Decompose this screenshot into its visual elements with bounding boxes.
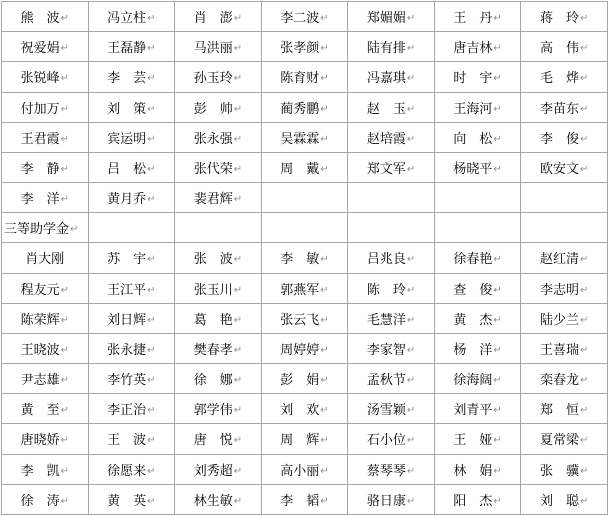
- name-cell[interactable]: 林 娟↵: [434, 454, 521, 484]
- table-row: 三等助学金↵: [2, 213, 608, 243]
- student-name: 欧安文: [540, 162, 579, 177]
- name-cell[interactable]: 彭 娟↵: [261, 364, 348, 394]
- name-cell[interactable]: 吕兆良↵: [348, 243, 435, 273]
- paragraph-return-icon: ↵: [234, 13, 242, 24]
- paragraph-return-icon: ↵: [147, 466, 155, 477]
- paragraph-return-icon: ↵: [61, 345, 69, 356]
- name-cell[interactable]: 蒋 玲↵: [521, 2, 608, 32]
- paragraph-return-icon: ↵: [493, 13, 501, 24]
- name-cell[interactable]: 高小丽↵: [261, 454, 348, 484]
- empty-cell[interactable]: [521, 183, 608, 213]
- paragraph-return-icon: ↵: [407, 13, 415, 24]
- name-cell[interactable]: 赵培霞↵: [348, 122, 435, 152]
- paragraph-return-icon: ↵: [407, 285, 415, 296]
- name-cell[interactable]: 王江平↵: [88, 273, 175, 303]
- name-cell[interactable]: 李 韬↵: [261, 484, 348, 514]
- paragraph-return-icon: ↵: [580, 315, 588, 326]
- name-cell[interactable]: 冯立柱↵: [88, 2, 175, 32]
- name-cell[interactable]: 周 辉↵: [261, 424, 348, 454]
- student-name: 裴君辉: [194, 192, 233, 207]
- table-row: 王晓波↵张永捷↵樊春孝↵周婷婷↵李家智↵杨 洋↵王喜瑞↵: [2, 333, 608, 363]
- name-cell[interactable]: 李正治↵: [88, 394, 175, 424]
- name-cell[interactable]: 王君霞↵: [2, 122, 89, 152]
- paragraph-return-icon: ↵: [407, 254, 415, 265]
- student-name: 刘秀超: [194, 464, 233, 479]
- student-name: 孙玉玲: [194, 71, 233, 86]
- student-name: 刘青平: [453, 403, 492, 418]
- paragraph-return-icon: ↵: [493, 134, 501, 145]
- paragraph-return-icon: ↵: [320, 104, 328, 115]
- empty-cell[interactable]: [348, 213, 435, 243]
- student-name: 黄 至: [21, 403, 60, 418]
- name-cell[interactable]: 夏常梁↵: [521, 424, 608, 454]
- paragraph-return-icon: ↵: [407, 73, 415, 84]
- name-cell[interactable]: 张代荣↵: [175, 152, 262, 182]
- student-name: 肖 澎: [194, 11, 233, 26]
- name-cell[interactable]: 唐晓娇↵: [2, 424, 89, 454]
- student-name: 李 静: [21, 162, 60, 177]
- paragraph-return-icon: ↵: [320, 13, 328, 24]
- student-name: 冯立柱: [107, 11, 146, 26]
- paragraph-return-icon: ↵: [147, 496, 155, 507]
- name-cell[interactable]: 李 静↵: [2, 152, 89, 182]
- student-name: 李 芸: [107, 71, 146, 86]
- paragraph-return-icon: ↵: [61, 194, 69, 205]
- paragraph-return-icon: ↵: [61, 466, 69, 477]
- name-cell[interactable]: 李 凯↵: [2, 454, 89, 484]
- student-name: 张 骥: [540, 464, 579, 479]
- name-cell[interactable]: 杨晓平↵: [434, 152, 521, 182]
- student-name: 张 波: [194, 252, 233, 267]
- paragraph-return-icon: ↵: [580, 254, 588, 265]
- name-cell[interactable]: 李家智↵: [348, 333, 435, 363]
- student-name: 黄 英: [107, 494, 146, 509]
- student-name: 宾运明: [107, 132, 146, 147]
- name-cell[interactable]: 孙玉玲↵: [175, 62, 262, 92]
- name-cell[interactable]: 张云飞↵: [261, 303, 348, 333]
- paragraph-return-icon: ↵: [407, 405, 415, 416]
- table-row: 徐 涛↵黄 英↵林生敏↵李 韬↵骆日康↵阳 杰↵刘 聪↵: [2, 484, 608, 514]
- name-cell[interactable]: 蔺秀鹏↵: [261, 92, 348, 122]
- table-row: 程友元↵王江平↵张玉川↵郭燕军↵陈 玲↵查 俊↵李志明↵: [2, 273, 608, 303]
- paragraph-return-icon: ↵: [234, 405, 242, 416]
- name-cell[interactable]: 宾运明↵: [88, 122, 175, 152]
- name-cell[interactable]: 马洪丽↵: [175, 32, 262, 62]
- table-row: 李 静↵吕 松↵张代荣↵周 戴↵郑文军↵杨晓平↵欧安文↵: [2, 152, 608, 182]
- name-cell[interactable]: 阳 杰↵: [434, 484, 521, 514]
- paragraph-return-icon: ↵: [61, 73, 69, 84]
- name-cell[interactable]: 郑文军↵: [348, 152, 435, 182]
- student-name: 李 俊: [540, 132, 579, 147]
- paragraph-return-icon: ↵: [493, 345, 501, 356]
- name-cell[interactable]: 徐春艳↵: [434, 243, 521, 273]
- paragraph-return-icon: ↵: [580, 435, 588, 446]
- name-cell[interactable]: 周婷婷↵: [261, 333, 348, 363]
- name-cell[interactable]: 毛慧洋↵: [348, 303, 435, 333]
- paragraph-return-icon: ↵: [320, 435, 328, 446]
- paragraph-return-icon: ↵: [580, 345, 588, 356]
- paragraph-return-icon: ↵: [493, 375, 501, 386]
- name-cell[interactable]: 郭学伟↵: [175, 394, 262, 424]
- student-name: 李二波: [280, 11, 319, 26]
- name-cell[interactable]: 李二波↵: [261, 2, 348, 32]
- student-name: 郭学伟: [194, 403, 233, 418]
- student-name: 孟秋节: [367, 373, 406, 388]
- name-cell[interactable]: 王喜瑞↵: [521, 333, 608, 363]
- name-cell[interactable]: 刘青平↵: [434, 394, 521, 424]
- name-cell[interactable]: 林生敏↵: [175, 484, 262, 514]
- name-cell[interactable]: 向 松↵: [434, 122, 521, 152]
- name-cell[interactable]: 王晓波↵: [2, 333, 89, 363]
- paragraph-return-icon: ↵: [234, 43, 242, 54]
- name-cell[interactable]: 唐 悦↵: [175, 424, 262, 454]
- paragraph-return-icon: ↵: [407, 315, 415, 326]
- name-cell[interactable]: 唐吉林↵: [434, 32, 521, 62]
- empty-cell[interactable]: [175, 213, 262, 243]
- paragraph-return-icon: ↵: [493, 285, 501, 296]
- name-cell[interactable]: 李竹英↵: [88, 364, 175, 394]
- name-cell[interactable]: 栾春龙↵: [521, 364, 608, 394]
- student-name: 尹志雄: [21, 373, 60, 388]
- student-name: 蔺秀鹏: [280, 102, 319, 117]
- name-cell[interactable]: 徐 娜↵: [175, 364, 262, 394]
- student-name: 周 戴: [280, 162, 319, 177]
- table-row: 肖大刚苏 宇↵张 波↵李 敏↵吕兆良↵徐春艳↵赵红清↵: [2, 243, 608, 273]
- student-name: 葛 艳: [194, 313, 233, 328]
- paragraph-return-icon: ↵: [147, 254, 155, 265]
- student-name: 王江平: [107, 283, 146, 298]
- name-cell[interactable]: 李志明↵: [521, 273, 608, 303]
- name-cell[interactable]: 黄月乔↵: [88, 183, 175, 213]
- paragraph-return-icon: ↵: [234, 104, 242, 115]
- student-name: 徐 涛: [21, 494, 60, 509]
- name-cell[interactable]: 骆日康↵: [348, 484, 435, 514]
- name-cell[interactable]: 时 宇↵: [434, 62, 521, 92]
- name-cell[interactable]: 王 丹↵: [434, 2, 521, 32]
- paragraph-return-icon: ↵: [147, 13, 155, 24]
- paragraph-return-icon: ↵: [147, 285, 155, 296]
- student-name: 祝爱娟: [21, 41, 60, 56]
- student-name: 王 娅: [453, 433, 492, 448]
- paragraph-return-icon: ↵: [70, 224, 78, 235]
- name-cell[interactable]: 孟秋节↵: [348, 364, 435, 394]
- name-cell[interactable]: 张永捷↵: [88, 333, 175, 363]
- name-cell[interactable]: 刘 欢↵: [261, 394, 348, 424]
- paragraph-return-icon: ↵: [493, 315, 501, 326]
- paragraph-return-icon: ↵: [61, 104, 69, 115]
- paragraph-return-icon: ↵: [493, 254, 501, 265]
- student-name: 郑媚媚: [367, 11, 406, 26]
- student-name: 杨 洋: [453, 343, 492, 358]
- paragraph-return-icon: ↵: [61, 164, 69, 175]
- paragraph-return-icon: ↵: [234, 435, 242, 446]
- student-name: 黄 杰: [453, 313, 492, 328]
- name-cell[interactable]: 肖大刚: [2, 243, 89, 273]
- paragraph-return-icon: ↵: [407, 466, 415, 477]
- name-cell[interactable]: 查 俊↵: [434, 273, 521, 303]
- name-cell[interactable]: 高 伟↵: [521, 32, 608, 62]
- student-name: 李 韬: [280, 494, 319, 509]
- name-cell[interactable]: 张锐峰↵: [2, 62, 89, 92]
- student-name: 周婷婷: [280, 343, 319, 358]
- paragraph-return-icon: ↵: [147, 104, 155, 115]
- student-name: 毛慧洋: [367, 313, 406, 328]
- paragraph-return-icon: ↵: [61, 375, 69, 386]
- student-name: 张云飞: [280, 313, 319, 328]
- table-row: 李 凯↵徐愿来↵刘秀超↵高小丽↵蔡琴琴↵林 娟↵张 骥↵: [2, 454, 608, 484]
- paragraph-return-icon: ↵: [580, 375, 588, 386]
- student-name: 刘 策: [107, 102, 146, 117]
- empty-cell[interactable]: [88, 213, 175, 243]
- paragraph-return-icon: ↵: [234, 466, 242, 477]
- table-row: 尹志雄↵李竹英↵徐 娜↵彭 娟↵孟秋节↵徐海阔↵栾春龙↵: [2, 364, 608, 394]
- paragraph-return-icon: ↵: [493, 73, 501, 84]
- name-cell[interactable]: 肖 澎↵: [175, 2, 262, 32]
- student-name: 汤雪颖: [367, 403, 406, 418]
- name-cell[interactable]: 刘日辉↵: [88, 303, 175, 333]
- name-cell[interactable]: 郑媚媚↵: [348, 2, 435, 32]
- paragraph-return-icon: ↵: [147, 405, 155, 416]
- student-name: 吕兆良: [367, 252, 406, 267]
- paragraph-return-icon: ↵: [580, 134, 588, 145]
- paragraph-return-icon: ↵: [493, 435, 501, 446]
- name-cell[interactable]: 吕 松↵: [88, 152, 175, 182]
- empty-cell[interactable]: [434, 213, 521, 243]
- paragraph-return-icon: ↵: [407, 435, 415, 446]
- name-cell[interactable]: 彭 帅↵: [175, 92, 262, 122]
- student-name: 冯嘉琪: [367, 71, 406, 86]
- name-cell[interactable]: 程友元↵: [2, 273, 89, 303]
- paragraph-return-icon: ↵: [493, 43, 501, 54]
- student-name: 石小位: [367, 433, 406, 448]
- paragraph-return-icon: ↵: [147, 134, 155, 145]
- table-row: 熊 波↵冯立柱↵肖 澎↵李二波↵郑媚媚↵王 丹↵蒋 玲↵: [2, 2, 608, 32]
- section-header-label: 三等助学金: [4, 222, 69, 237]
- empty-cell[interactable]: [434, 183, 521, 213]
- paragraph-return-icon: ↵: [320, 164, 328, 175]
- paragraph-return-icon: ↵: [580, 164, 588, 175]
- name-cell[interactable]: 陈育财↵: [261, 62, 348, 92]
- empty-cell[interactable]: [521, 213, 608, 243]
- table-row: 黄 至↵李正治↵郭学伟↵刘 欢↵汤雪颖↵刘青平↵郑 恒↵: [2, 394, 608, 424]
- name-cell[interactable]: 石小位↵: [348, 424, 435, 454]
- paragraph-return-icon: ↵: [61, 13, 69, 24]
- document-page: 熊 波↵冯立柱↵肖 澎↵李二波↵郑媚媚↵王 丹↵蒋 玲↵祝爱娟↵王磊静↵马洪丽↵…: [0, 0, 611, 516]
- student-name: 王磊静: [107, 41, 146, 56]
- paragraph-return-icon: ↵: [320, 43, 328, 54]
- name-cell[interactable]: 葛 艳↵: [175, 303, 262, 333]
- name-cell[interactable]: 蔡琴琴↵: [348, 454, 435, 484]
- paragraph-return-icon: ↵: [580, 43, 588, 54]
- name-cell[interactable]: 王海河↵: [434, 92, 521, 122]
- paragraph-return-icon: ↵: [580, 466, 588, 477]
- name-cell[interactable]: 张 波↵: [175, 243, 262, 273]
- student-name: 骆日康: [367, 494, 406, 509]
- name-cell[interactable]: 王 波↵: [88, 424, 175, 454]
- paragraph-return-icon: ↵: [147, 43, 155, 54]
- student-name: 查 俊: [453, 283, 492, 298]
- paragraph-return-icon: ↵: [407, 375, 415, 386]
- student-name: 赵 玉: [367, 102, 406, 117]
- student-name: 唐 悦: [194, 433, 233, 448]
- student-name: 唐晓娇: [21, 433, 60, 448]
- name-cell[interactable]: 王 娅↵: [434, 424, 521, 454]
- name-cell[interactable]: 熊 波↵: [2, 2, 89, 32]
- paragraph-return-icon: ↵: [147, 315, 155, 326]
- name-cell[interactable]: 李 俊↵: [521, 122, 608, 152]
- student-name: 张永强: [194, 132, 233, 147]
- name-cell[interactable]: 刘 策↵: [88, 92, 175, 122]
- paragraph-return-icon: ↵: [61, 285, 69, 296]
- student-name: 郑 恒: [540, 403, 579, 418]
- table-row: 付加万↵刘 策↵彭 帅↵蔺秀鹏↵赵 玉↵王海河↵李苗东↵: [2, 92, 608, 122]
- name-cell[interactable]: 祝爱娟↵: [2, 32, 89, 62]
- student-name: 周 辉: [280, 433, 319, 448]
- student-name: 毛 烨: [540, 71, 579, 86]
- student-name: 吕 松: [107, 162, 146, 177]
- empty-cell[interactable]: [261, 183, 348, 213]
- student-name: 高 伟: [540, 41, 579, 56]
- name-cell[interactable]: 杨 洋↵: [434, 333, 521, 363]
- name-cell[interactable]: 徐愿来↵: [88, 454, 175, 484]
- student-name: 林 娟: [453, 464, 492, 479]
- paragraph-return-icon: ↵: [580, 285, 588, 296]
- student-name: 杨晓平: [453, 162, 492, 177]
- student-name: 熊 波: [21, 11, 60, 26]
- name-cell[interactable]: 徐海阔↵: [434, 364, 521, 394]
- paragraph-return-icon: ↵: [61, 315, 69, 326]
- student-name: 郑文军: [367, 162, 406, 177]
- paragraph-return-icon: ↵: [407, 345, 415, 356]
- paragraph-return-icon: ↵: [147, 164, 155, 175]
- name-cell[interactable]: 黄 英↵: [88, 484, 175, 514]
- name-cell[interactable]: 陈 玲↵: [348, 273, 435, 303]
- name-cell[interactable]: 张孝颜↵: [261, 32, 348, 62]
- paragraph-return-icon: ↵: [61, 496, 69, 507]
- paragraph-return-icon: ↵: [234, 285, 242, 296]
- paragraph-return-icon: ↵: [234, 254, 242, 265]
- student-name: 刘 聪: [540, 494, 579, 509]
- student-name: 彭 娟: [280, 373, 319, 388]
- paragraph-return-icon: ↵: [407, 43, 415, 54]
- empty-cell[interactable]: [348, 183, 435, 213]
- name-cell[interactable]: 毛 烨↵: [521, 62, 608, 92]
- name-cell[interactable]: 冯嘉琪↵: [348, 62, 435, 92]
- name-cell[interactable]: 李 敏↵: [261, 243, 348, 273]
- name-cell[interactable]: 裴君辉↵: [175, 183, 262, 213]
- name-cell[interactable]: 刘 聪↵: [521, 484, 608, 514]
- paragraph-return-icon: ↵: [580, 496, 588, 507]
- student-name: 时 宇: [453, 71, 492, 86]
- name-cell[interactable]: 赵 玉↵: [348, 92, 435, 122]
- paragraph-return-icon: ↵: [61, 43, 69, 54]
- paragraph-return-icon: ↵: [234, 73, 242, 84]
- paragraph-return-icon: ↵: [407, 104, 415, 115]
- student-name: 张代荣: [194, 162, 233, 177]
- name-cell[interactable]: 陆少兰↵: [521, 303, 608, 333]
- paragraph-return-icon: ↵: [234, 345, 242, 356]
- student-name: 阳 杰: [453, 494, 492, 509]
- paragraph-return-icon: ↵: [493, 164, 501, 175]
- name-cell[interactable]: 樊春孝↵: [175, 333, 262, 363]
- name-cell[interactable]: 陆有排↵: [348, 32, 435, 62]
- name-cell[interactable]: 张玉川↵: [175, 273, 262, 303]
- name-cell[interactable]: 黄 至↵: [2, 394, 89, 424]
- paragraph-return-icon: ↵: [580, 73, 588, 84]
- paragraph-return-icon: ↵: [234, 134, 242, 145]
- student-name: 李家智: [367, 343, 406, 358]
- student-name: 李正治: [107, 403, 146, 418]
- paragraph-return-icon: ↵: [147, 345, 155, 356]
- section-header-cell[interactable]: 三等助学金↵: [2, 213, 89, 243]
- name-cell[interactable]: 张 骥↵: [521, 454, 608, 484]
- student-name: 苏 宇: [107, 252, 146, 267]
- name-cell[interactable]: 李苗东↵: [521, 92, 608, 122]
- student-name: 王君霞: [21, 132, 60, 147]
- name-cell[interactable]: 徐 涛↵: [2, 484, 89, 514]
- name-cell[interactable]: 黄 杰↵: [434, 303, 521, 333]
- table-row: 陈荣辉↵刘日辉↵葛 艳↵张云飞↵毛慧洋↵黄 杰↵陆少兰↵: [2, 303, 608, 333]
- student-name: 陆少兰: [540, 313, 579, 328]
- student-name: 马洪丽: [194, 41, 233, 56]
- student-name: 刘日辉: [107, 313, 146, 328]
- student-name: 彭 帅: [194, 102, 233, 117]
- name-cell[interactable]: 周 戴↵: [261, 152, 348, 182]
- student-name: 徐愿来: [107, 464, 146, 479]
- name-cell[interactable]: 欧安文↵: [521, 152, 608, 182]
- name-cell[interactable]: 刘秀超↵: [175, 454, 262, 484]
- empty-cell[interactable]: [261, 213, 348, 243]
- name-cell[interactable]: 王磊静↵: [88, 32, 175, 62]
- student-name: 张锐峰: [21, 71, 60, 86]
- paragraph-return-icon: ↵: [407, 134, 415, 145]
- student-name: 夏常梁: [540, 433, 579, 448]
- paragraph-return-icon: ↵: [61, 405, 69, 416]
- name-cell[interactable]: 汤雪颖↵: [348, 394, 435, 424]
- name-cell[interactable]: 郭燕军↵: [261, 273, 348, 303]
- name-cell[interactable]: 苏 宇↵: [88, 243, 175, 273]
- name-cell[interactable]: 陈荣辉↵: [2, 303, 89, 333]
- student-name: 王海河: [453, 102, 492, 117]
- student-name: 徐海阔: [453, 373, 492, 388]
- name-cell[interactable]: 郑 恒↵: [521, 394, 608, 424]
- student-name: 唐吉林: [453, 41, 492, 56]
- paragraph-return-icon: ↵: [407, 164, 415, 175]
- paragraph-return-icon: ↵: [320, 134, 328, 145]
- name-cell[interactable]: 赵红清↵: [521, 243, 608, 273]
- paragraph-return-icon: ↵: [234, 375, 242, 386]
- student-name: 徐春艳: [453, 252, 492, 267]
- name-cell[interactable]: 付加万↵: [2, 92, 89, 122]
- name-cell[interactable]: 李 芸↵: [88, 62, 175, 92]
- name-cell[interactable]: 吴霖霖↵: [261, 122, 348, 152]
- student-name: 李 敏: [280, 252, 319, 267]
- student-name: 付加万: [21, 102, 60, 117]
- student-name: 李竹英: [107, 373, 146, 388]
- paragraph-return-icon: ↵: [320, 375, 328, 386]
- name-cell[interactable]: 李 洋↵: [2, 183, 89, 213]
- paragraph-return-icon: ↵: [61, 435, 69, 446]
- name-cell[interactable]: 张永强↵: [175, 122, 262, 152]
- student-name: 林生敏: [194, 494, 233, 509]
- student-name: 郭燕军: [280, 283, 319, 298]
- student-name: 徐 娜: [194, 373, 233, 388]
- paragraph-return-icon: ↵: [234, 164, 242, 175]
- table-row: 唐晓娇↵王 波↵唐 悦↵周 辉↵石小位↵王 娅↵夏常梁↵: [2, 424, 608, 454]
- name-cell[interactable]: 尹志雄↵: [2, 364, 89, 394]
- paragraph-return-icon: ↵: [580, 405, 588, 416]
- student-name: 向 松: [453, 132, 492, 147]
